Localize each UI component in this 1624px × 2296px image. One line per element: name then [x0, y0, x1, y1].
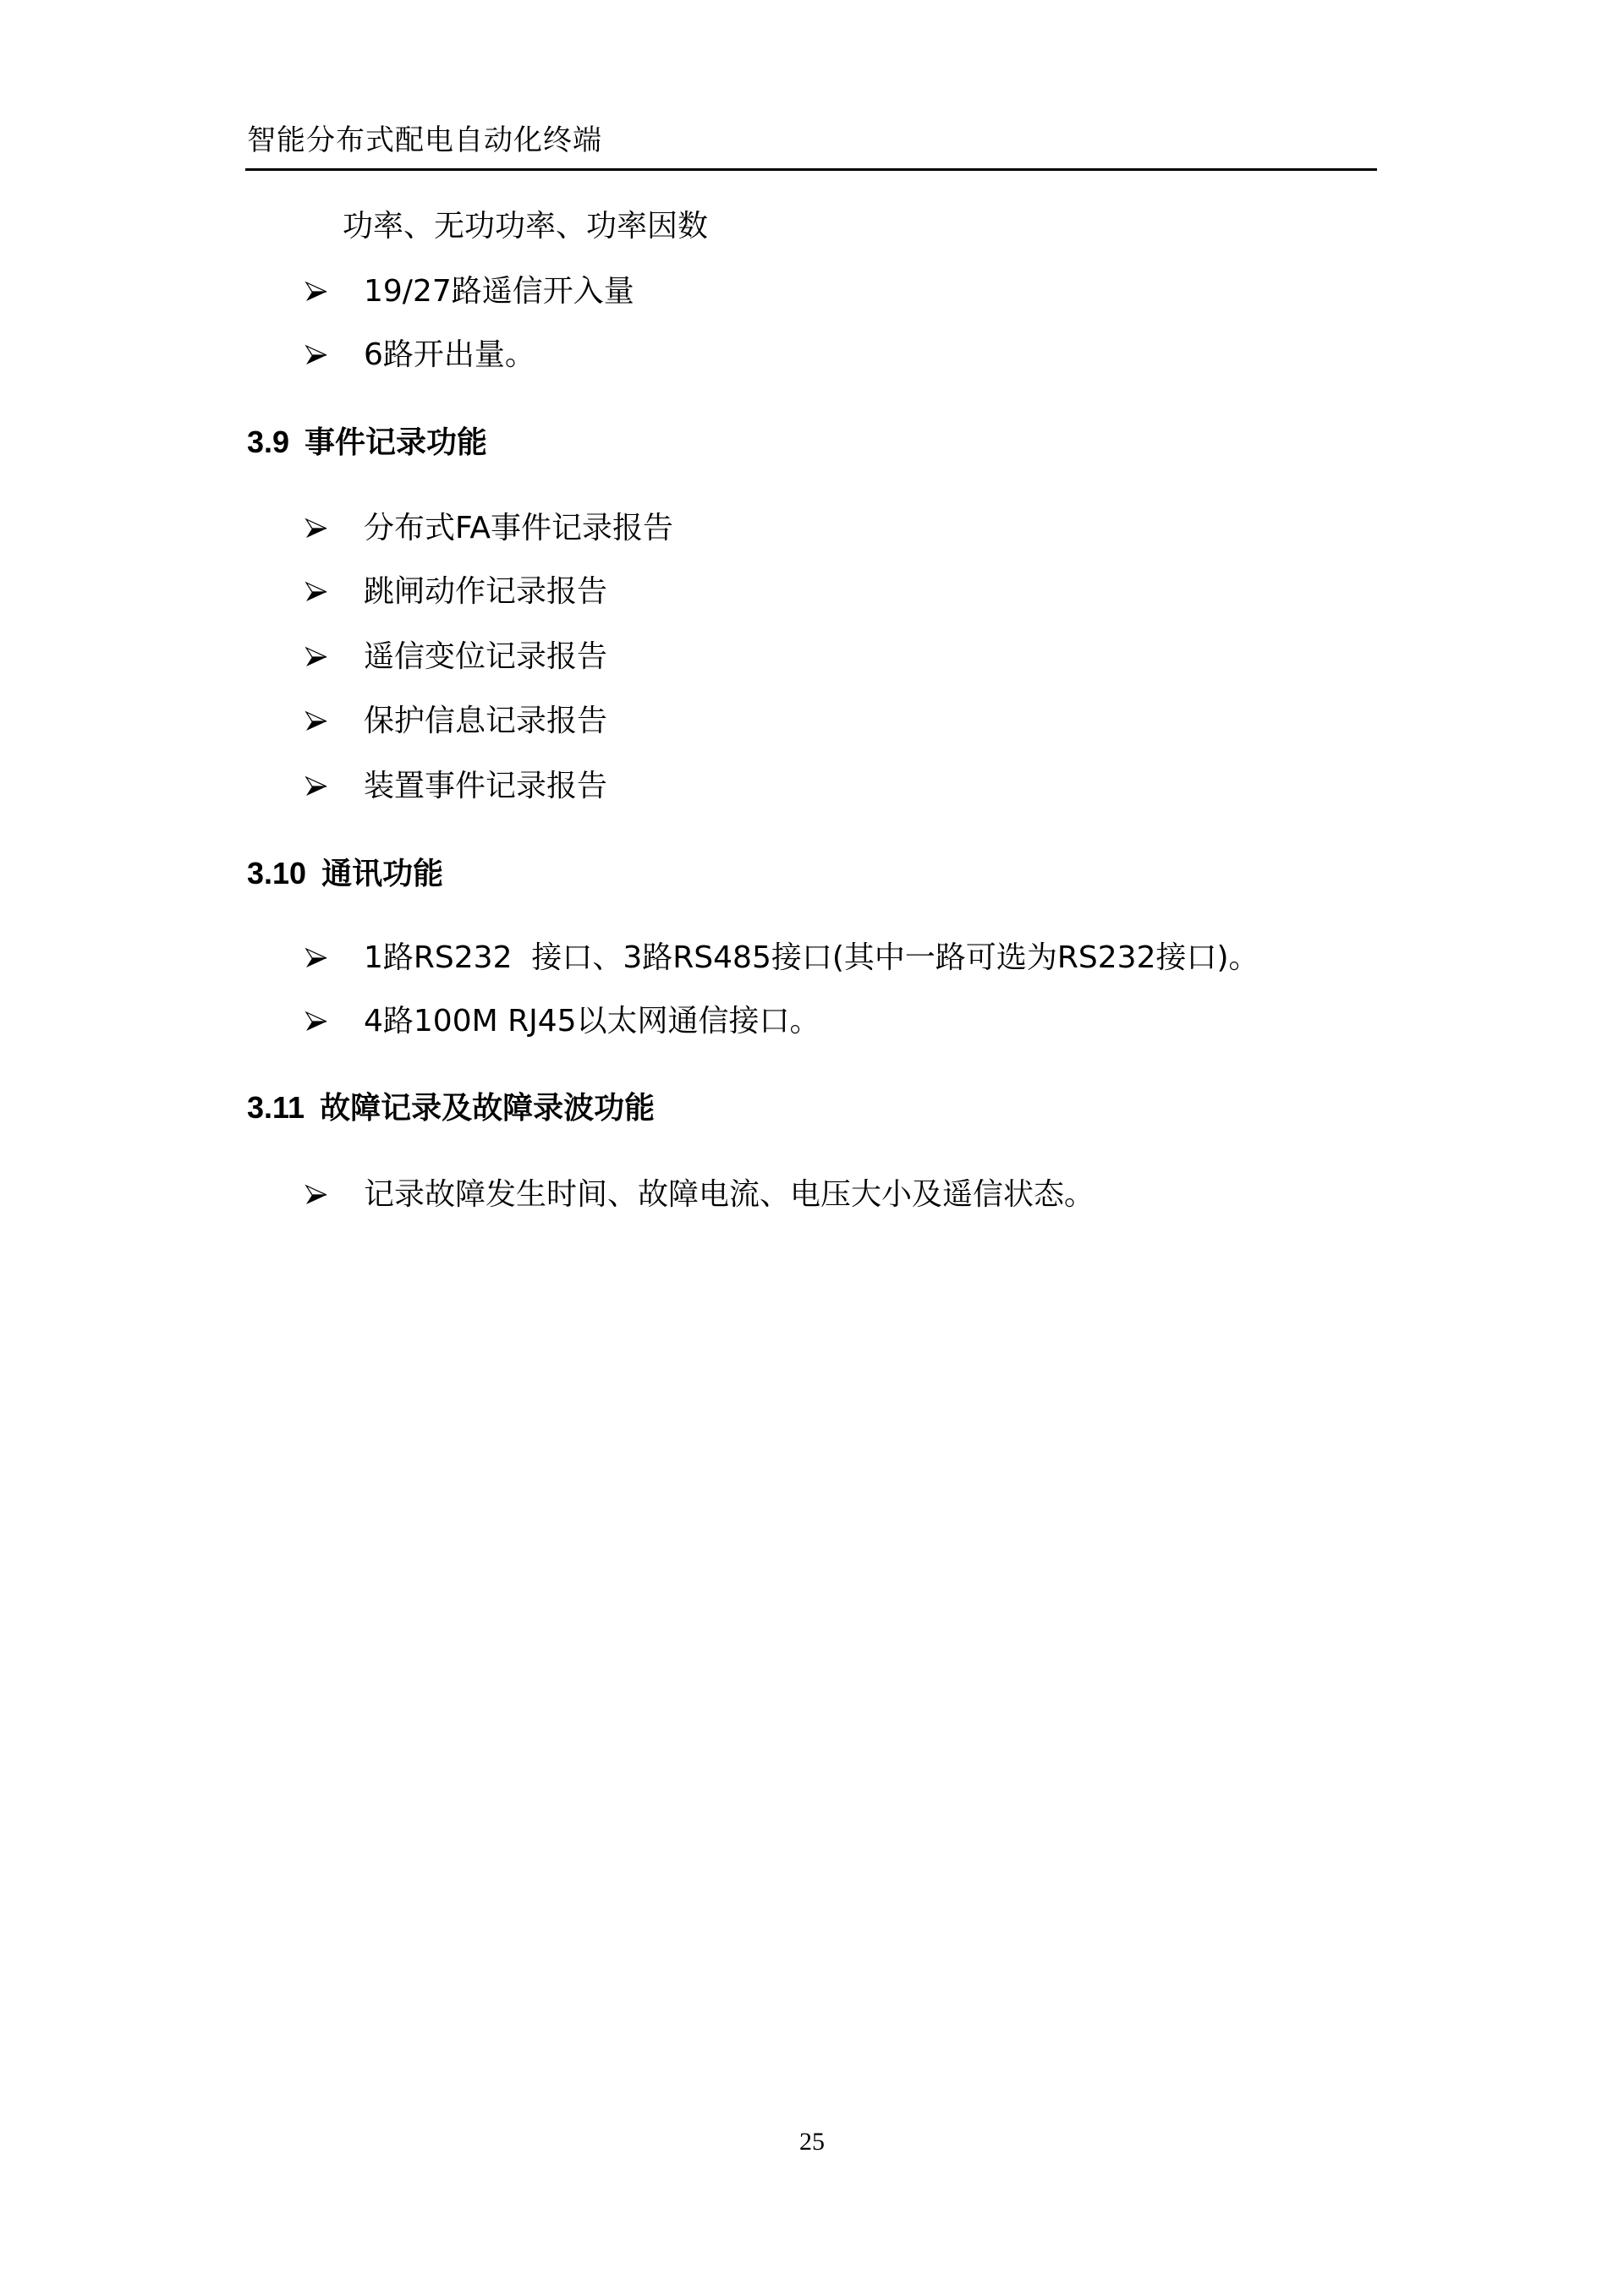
section-title: 故障记录及故障录波功能: [320, 1091, 655, 1126]
section-heading-3-11: 3.11故障记录及故障录波功能: [247, 1091, 655, 1126]
arrowhead-bullet-icon: [304, 275, 328, 309]
arrowhead-bullet-icon: [304, 941, 328, 975]
continuation-text: 功率、无功功率、功率因数: [343, 210, 708, 244]
arrowhead-bullet-icon: [304, 512, 328, 545]
arrowhead-bullet-icon: [304, 640, 328, 674]
section-number: 3.10: [247, 856, 306, 890]
list-item: 19/27路遥信开入量: [364, 275, 634, 309]
arrowhead-bullet-icon: [304, 704, 328, 738]
list-item: 装置事件记录报告: [364, 770, 607, 803]
list-item: 1路RS232 接口、3路RS485接口(其中一路可选为RS232接口)。: [364, 941, 1259, 975]
section-heading-3-10: 3.10通讯功能: [247, 857, 443, 891]
list-item: 跳闸动作记录报告: [364, 575, 607, 609]
list-item: 6路开出量。: [364, 338, 535, 372]
section-number: 3.9: [247, 425, 289, 459]
page-number: 25: [0, 2128, 1624, 2156]
list-item: 分布式FA事件记录报告: [364, 512, 673, 545]
arrowhead-bullet-icon: [304, 575, 328, 609]
section-title: 通讯功能: [321, 857, 443, 891]
arrowhead-bullet-icon: [304, 1005, 328, 1038]
section-number: 3.11: [247, 1090, 304, 1125]
list-item: 记录故障发生时间、故障电流、电压大小及遥信状态。: [364, 1178, 1095, 1212]
section-heading-3-9: 3.9事件记录功能: [247, 425, 487, 460]
list-item: 遥信变位记录报告: [364, 640, 607, 674]
arrowhead-bullet-icon: [304, 1178, 328, 1212]
arrowhead-bullet-icon: [304, 770, 328, 803]
list-item: 4路100M RJ45以太网通信接口。: [364, 1005, 820, 1038]
section-title: 事件记录功能: [304, 425, 487, 460]
list-item: 保护信息记录报告: [364, 704, 607, 738]
arrowhead-bullet-icon: [304, 338, 328, 372]
header-rule: [245, 168, 1377, 171]
running-header-title: 智能分布式配电自动化终端: [247, 117, 602, 158]
